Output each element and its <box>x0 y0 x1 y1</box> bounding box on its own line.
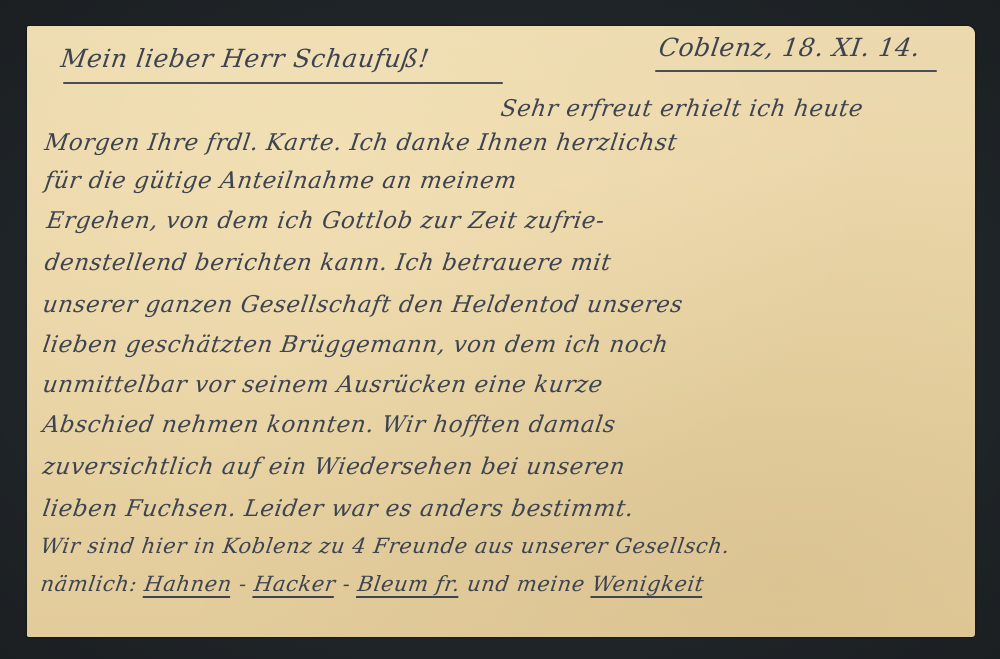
name-hacker: Hacker <box>253 572 338 596</box>
salutation-text: Mein lieber Herr Schaufuß! <box>59 44 431 73</box>
letter-line: Abschied nehmen konnten. Wir hofften dam… <box>41 412 617 438</box>
names-mid: und meine <box>458 572 594 596</box>
name-hahnen: Hahnen <box>143 572 234 596</box>
letter-line: unserer ganzen Gesellschaft den Heldento… <box>41 292 685 318</box>
salutation-underline <box>63 82 503 84</box>
letter-line: denstellend berichten kann. Ich betrauer… <box>43 250 613 276</box>
letter-line: Sehr erfreut erhielt ich heute <box>499 96 865 122</box>
letter-line: lieben Fuchsen. Leider war es anders bes… <box>41 496 636 522</box>
letter-line: unmittelbar vor seinem Ausrücken eine ku… <box>41 372 605 398</box>
letter-line: Ergehen, von dem ich Gottlob zur Zeit zu… <box>45 208 606 234</box>
letter-line: zuversichtlich auf ein Wiedersehen bei u… <box>41 454 627 480</box>
postcard: Mein lieber Herr Schaufuß! Coblenz, 18. … <box>27 26 975 637</box>
name-wenigkeit: Wenigkeit <box>591 572 706 596</box>
names-prefix: nämlich: <box>39 572 139 596</box>
name-bleum: Bleum fr. <box>356 572 462 596</box>
letter-line: lieben geschätzten Brüggemann, von dem i… <box>41 332 670 358</box>
letter-line-names: nämlich: Hahnen - Hacker - Bleum fr. und… <box>39 572 706 596</box>
place-date-text: Coblenz, 18. XI. 14. <box>657 33 922 62</box>
letter-line: für die gütige Anteilnahme an meinem <box>43 168 519 194</box>
place-date-underline <box>655 70 937 72</box>
letter-line: Morgen Ihre frdl. Karte. Ich danke Ihnen… <box>43 130 679 156</box>
letter-line: Wir sind hier in Koblenz zu 4 Freunde au… <box>39 534 732 558</box>
